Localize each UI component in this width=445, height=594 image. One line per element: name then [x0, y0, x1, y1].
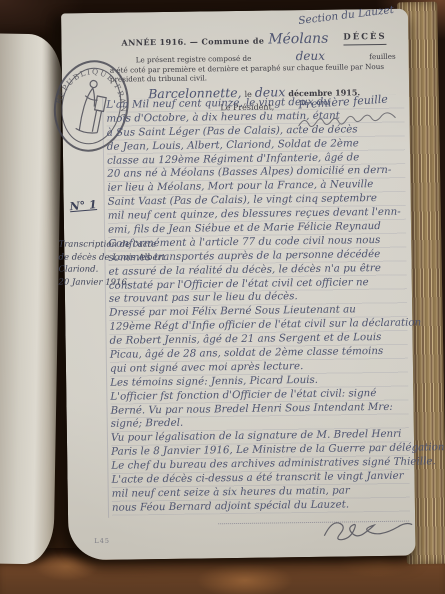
- register-statement-part2: feuilles: [369, 52, 396, 62]
- sheet-count-handwritten: deux: [296, 52, 325, 62]
- deces-heading: DÉCÈS: [343, 32, 386, 46]
- section-annotation: Section du Lauzet: [298, 4, 395, 27]
- photograph-of-register-page: Section du Lauzet ANNÉE 1916. — Commune …: [0, 0, 445, 594]
- register-statement-part3: a été coté par première et dernière et p…: [110, 62, 384, 84]
- page-header: ANNÉE 1916. — Commune deMéolans: [121, 28, 328, 50]
- commune-name-handwritten: Méolans: [268, 31, 328, 48]
- acte-number: N° 1: [69, 198, 97, 213]
- act-body-handwriting: L'an Mil neuf cent quinze, le vingt deux…: [106, 95, 410, 516]
- marianne-figure-icon: [75, 79, 109, 135]
- register-statement: Le présent registre composé de deux feui…: [110, 51, 396, 85]
- printer-mark: L45: [94, 537, 110, 545]
- year-commune-label: ANNÉE 1916. — Commune de: [121, 36, 264, 48]
- register-page: Section du Lauzet ANNÉE 1916. — Commune …: [61, 9, 416, 561]
- adjoint-signature: [306, 507, 417, 549]
